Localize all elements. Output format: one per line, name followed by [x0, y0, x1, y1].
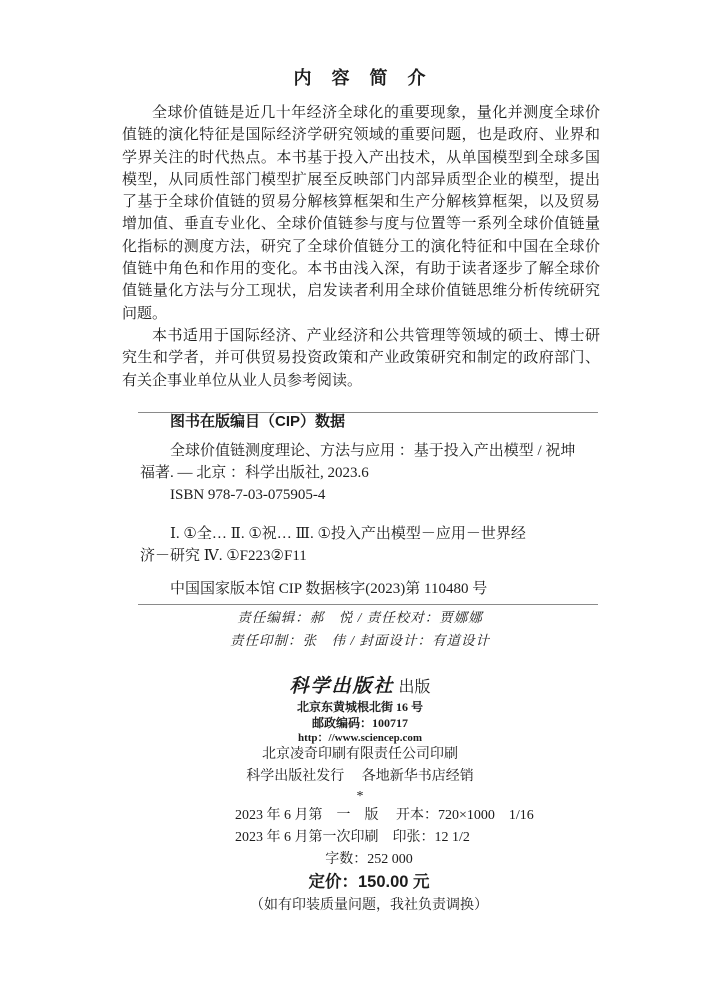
cip-section: 图书在版编目（CIP）数据 全球价值链测度理论、方法与应用 ：基于投入产出模型 …	[140, 411, 598, 600]
cip-bottom-rule	[138, 604, 598, 605]
edition-line: 2023 年 6 月第 一 版 开本：720×1000 1/16	[235, 805, 720, 827]
cip-classification-line-2: 济－研究 Ⅳ. ①F223②F11	[140, 545, 598, 567]
separator-star: *	[0, 788, 720, 806]
staff-line-printing-design: 责任印制：张 伟 / 封面设计：有道设计	[0, 629, 720, 652]
printing-info: 2023 年 6 月第 一 版 开本：720×1000 1/16 2023 年 …	[0, 805, 720, 917]
cip-title-line-2: 福著. — 北京 ：科学出版社, 2023.6	[140, 462, 598, 484]
intro-paragraph-1: 全球价值链是近几十年经济全球化的重要现象，量化并测度全球价值链的演化特征是国际经…	[122, 102, 600, 325]
cip-heading: 图书在版编目（CIP）数据	[140, 411, 598, 433]
book-copyright-page: 内 容 简 介 全球价值链是近几十年经济全球化的重要现象，量化并测度全球价值链的…	[0, 0, 720, 1000]
edition-impression-block: 2023 年 6 月第 一 版 开本：720×1000 1/16 2023 年 …	[235, 805, 720, 849]
price-line: 定价：150.00 元	[18, 870, 720, 895]
publisher-website: http：//www.sciencep.com	[0, 731, 720, 746]
cip-isbn: ISBN 978-7-03-075905-4	[140, 484, 598, 506]
cip-title-line-1: 全球价值链测度理论、方法与应用 ：基于投入产出模型 / 祝坤	[140, 440, 598, 462]
page-title: 内 容 简 介	[0, 64, 720, 90]
publisher-logo-text: 科学出版社	[289, 676, 394, 697]
impression-line: 2023 年 6 月第一次印刷 印张：12 1/2	[235, 827, 720, 849]
publisher-publish-label: 出版	[399, 679, 431, 696]
publisher-postcode: 邮政编码：100717	[0, 715, 720, 731]
staff-line-editors: 责任编辑：郝 悦 / 责任校对：贾娜娜	[0, 606, 720, 629]
intro-section: 全球价值链是近几十年经济全球化的重要现象，量化并测度全球价值链的演化特征是国际经…	[122, 102, 600, 392]
publisher-block: 科学出版社 出版 北京东黄城根北街 16 号 邮政编码：100717 http：…	[0, 676, 720, 806]
cip-classification-line-1: Ⅰ. ①全… Ⅱ. ①祝… Ⅲ. ①投入产出模型－应用－世界经	[140, 523, 598, 545]
quality-note: （如有印装质量问题，我社负责调换）	[18, 895, 720, 917]
intro-paragraph-2: 本书适用于国际经济、产业经济和公共管理等领域的硕士、博士研究生和学者，并可供贸易…	[122, 325, 600, 392]
printer-line: 北京凌奇印刷有限责任公司印刷	[0, 746, 720, 763]
staff-credits: 责任编辑：郝 悦 / 责任校对：贾娜娜 责任印制：张 伟 / 封面设计：有道设计	[0, 606, 720, 652]
cip-registry-number: 中国国家版本馆 CIP 数据核字(2023)第 110480 号	[140, 578, 598, 600]
publisher-address: 北京东黄城根北街 16 号	[0, 699, 720, 715]
distribution-line: 科学出版社发行 各地新华书店经销	[0, 766, 720, 788]
word-count-line: 字数：252 000	[18, 849, 720, 870]
publisher-name-line: 科学出版社 出版	[0, 676, 720, 699]
